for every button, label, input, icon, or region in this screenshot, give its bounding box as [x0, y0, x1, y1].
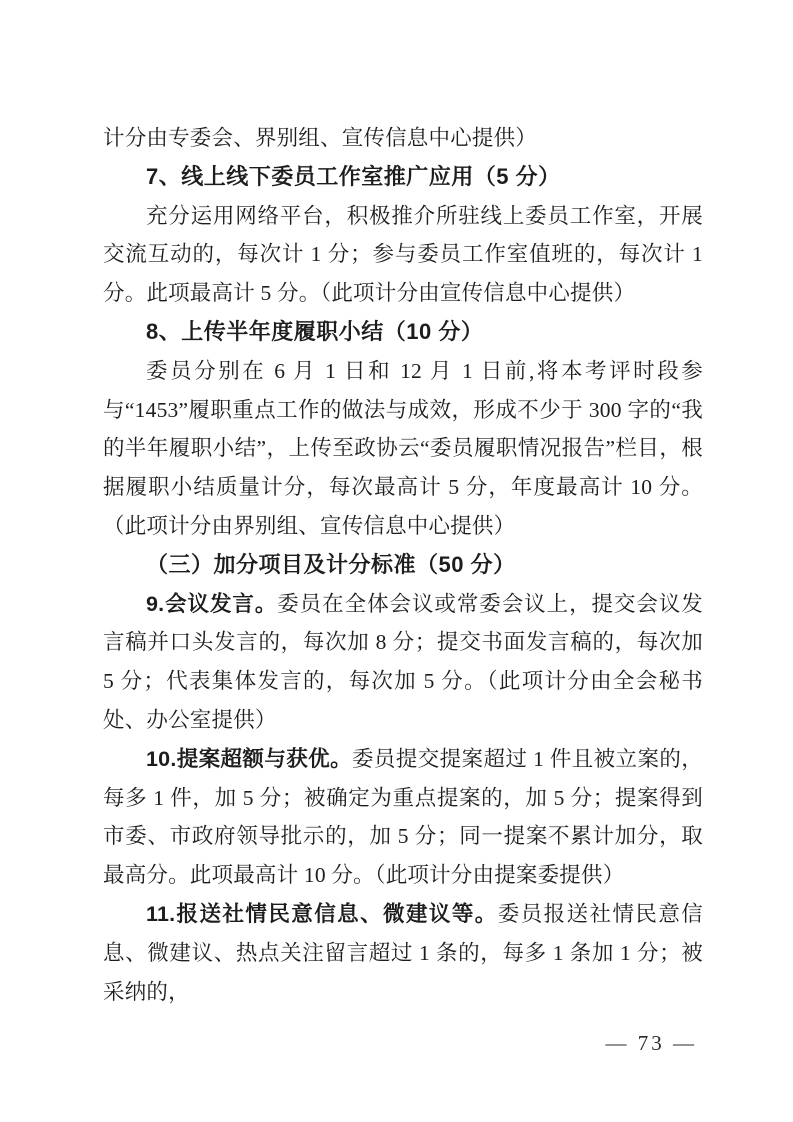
item-9-title: 9.会议发言。	[146, 592, 277, 616]
page-content: 计分由专委会、界别组、宣传信息中心提供） 7、线上线下委员工作室推广应用（5 分…	[103, 119, 703, 1011]
page-number: — 73 —	[606, 1028, 698, 1058]
document-page: 计分由专委会、界别组、宣传信息中心提供） 7、线上线下委员工作室推广应用（5 分…	[0, 0, 793, 1122]
paragraph-section-8: 委员分别在 6 月 1 日和 12 月 1 日前,将本考评时段参与“1453”履…	[103, 352, 703, 546]
paragraph-section-7: 充分运用网络平台，积极推介所驻线上委员工作室，开展交流互动的，每次计 1 分；参…	[103, 197, 703, 313]
section-heading-8: 8、上传半年度履职小结（10 分）	[103, 313, 703, 352]
paragraph-item-11: 11.报送社情民意信息、微建议等。委员报送社情民意信息、微建议、热点关注留言超过…	[103, 895, 703, 1011]
paragraph-item-9: 9.会议发言。委员在全体会议或常委会议上，提交会议发言稿并口头发言的，每次加 8…	[103, 585, 703, 740]
section-heading-bonus-items: （三）加分项目及计分标准（50 分）	[103, 546, 703, 585]
section-heading-7: 7、线上线下委员工作室推广应用（5 分）	[103, 158, 703, 197]
item-10-title: 10.提案超额与获优。	[146, 747, 352, 771]
paragraph-continuation: 计分由专委会、界别组、宣传信息中心提供）	[103, 119, 703, 158]
paragraph-item-10: 10.提案超额与获优。委员提交提案超过 1 件且被立案的，每多 1 件，加 5 …	[103, 740, 703, 895]
item-11-title: 11.报送社情民意信息、微建议等。	[146, 902, 498, 926]
